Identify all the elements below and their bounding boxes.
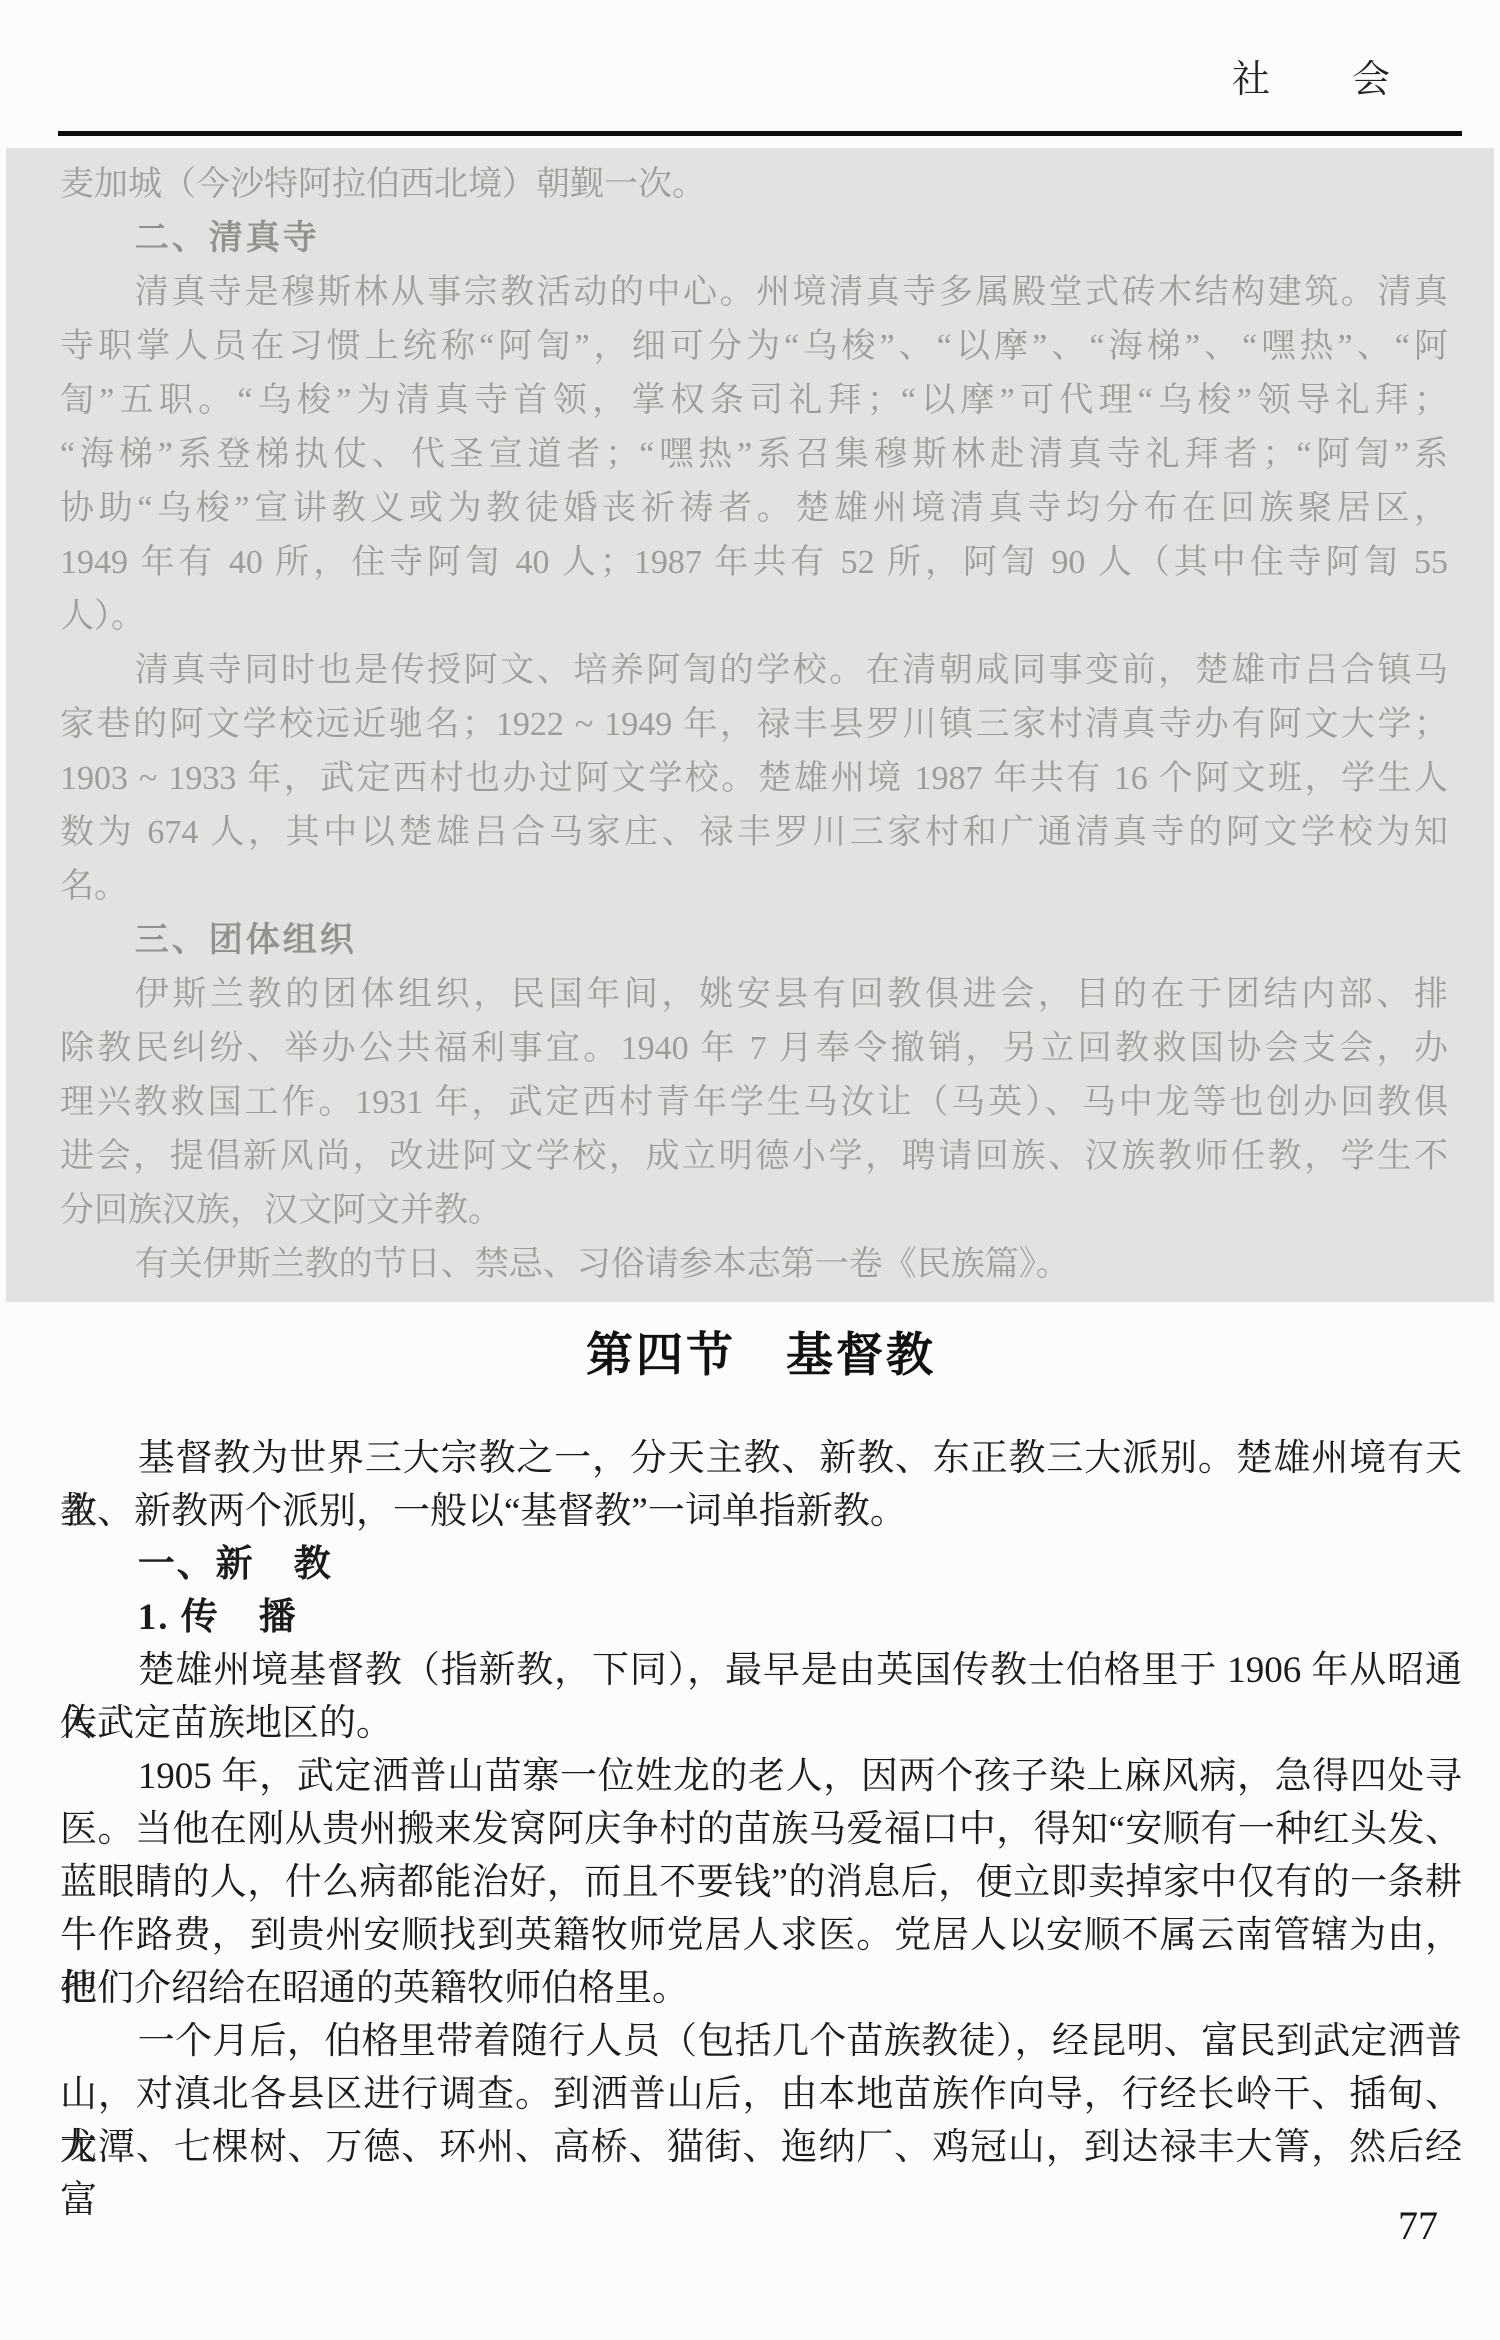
- text-line: 基督教为世界三大宗教之一，分天主教、新教、东正教三大派别。楚雄州境有天主: [60, 1432, 1462, 1485]
- text-line: 入武定苗族地区的。: [60, 1697, 1462, 1750]
- text-line: 三、团体组织: [60, 914, 1448, 968]
- text-line: 清真寺是穆斯林从事宗教活动的中心。州境清真寺多属殿堂式砖木结构建筑。清真: [60, 266, 1448, 320]
- text-line: 清真寺同时也是传授阿文、培养阿訇的学校。在清朝咸同事变前，楚雄市吕合镇马: [60, 644, 1448, 698]
- text-line: 寺职掌人员在习惯上统称“阿訇”，细可分为“乌梭”、“以摩”、“海梯”、“嘿热”、…: [60, 320, 1448, 374]
- text-line: 除教民纠纷、举办公共福利事宜。1940 年 7 月奉令撤销，另立回教救国协会支会…: [60, 1022, 1448, 1076]
- text-line: 1905 年，武定洒普山苗寨一位姓龙的老人，因两个孩子染上麻风病，急得四处寻: [60, 1750, 1462, 1803]
- text-line: 教、新教两个派别，一般以“基督教”一词单指新教。: [60, 1485, 1462, 1538]
- scanned-book-page: 社 会 麦加城（今沙特阿拉伯西北境）朝觐一次。二、清真寺清真寺是穆斯林从事宗教活…: [0, 0, 1500, 2340]
- text-line: 山，对滇北各县区进行调查。到洒普山后，由本地苗族作向导，行经长岭干、插甸、大: [60, 2068, 1462, 2121]
- text-line: 二、清真寺: [60, 212, 1448, 266]
- page-number: 77: [1398, 2202, 1438, 2249]
- text-line: 理兴教救国工作。1931 年，武定西村青年学生马汝让（马英）、马中龙等也创办回教…: [60, 1076, 1448, 1130]
- text-line: 1949 年有 40 所，住寺阿訇 40 人；1987 年共有 52 所，阿訇 …: [60, 536, 1448, 590]
- text-line: 有关伊斯兰教的节日、禁忌、习俗请参本志第一卷《民族篇》。: [60, 1238, 1448, 1292]
- section-title: 第四节 基督教: [60, 1318, 1462, 1385]
- text-line: 1. 传 播: [60, 1591, 1462, 1644]
- text-line: 家巷的阿文学校远近驰名；1922 ~ 1949 年，禄丰县罗川镇三家村清真寺办有…: [60, 698, 1448, 752]
- text-line: 协助“乌梭”宣讲教义或为教徒婚丧祈祷者。楚雄州境清真寺均分布在回族聚居区，: [60, 482, 1448, 536]
- text-line: 楚雄州境基督教（指新教，下同），最早是由英国传教士伯格里于 1906 年从昭通传: [60, 1644, 1462, 1697]
- text-line: 蓝眼睛的人，什么病都能治好，而且不要钱”的消息后，便立即卖掉家中仅有的一条耕: [60, 1856, 1462, 1909]
- text-line: 一、新 教: [60, 1538, 1462, 1591]
- text-line: 麦加城（今沙特阿拉伯西北境）朝觐一次。: [60, 158, 1448, 212]
- running-head: 社 会: [1232, 48, 1392, 103]
- text-line: 进会，提倡新风尚，改进阿文学校，成立明德小学，聘请回族、汉族教师任教，学生不: [60, 1130, 1448, 1184]
- header-rule: [58, 131, 1462, 136]
- text-line: 一个月后，伯格里带着随行人员（包括几个苗族教徒），经昆明、富民到武定洒普: [60, 2015, 1462, 2068]
- text-line: 医。当他在刚从贵州搬来发窝阿庆争村的苗族马爱福口中，得知“安顺有一种红头发、: [60, 1803, 1462, 1856]
- text-line: 他们介绍给在昭通的英籍牧师伯格里。: [60, 1962, 1462, 2015]
- islam-section-scan-block: 麦加城（今沙特阿拉伯西北境）朝觐一次。二、清真寺清真寺是穆斯林从事宗教活动的中心…: [6, 148, 1494, 1302]
- text-line: 訇”五职。“乌梭”为清真寺首领，掌权条司礼拜；“以摩”可代理“乌梭”领导礼拜；: [60, 374, 1448, 428]
- text-line: 分回族汉族，汉文阿文并教。: [60, 1184, 1448, 1238]
- text-line: 1903 ~ 1933 年，武定西村也办过阿文学校。楚雄州境 1987 年共有 …: [60, 752, 1448, 806]
- text-line: 牛作路费，到贵州安顺找到英籍牧师党居人求医。党居人以安顺不属云南管辖为由，把: [60, 1909, 1462, 1962]
- text-line: 伊斯兰教的团体组织，民国年间，姚安县有回教俱进会，目的在于团结内部、排: [60, 968, 1448, 1022]
- text-line: 名。: [60, 860, 1448, 914]
- text-line: “海梯”系登梯执仗、代圣宣道者；“嘿热”系召集穆斯林赴清真寺礼拜者；“阿訇”系: [60, 428, 1448, 482]
- text-line: 龙潭、七棵树、万德、环州、高桥、猫街、迤纳厂、鸡冠山，到达禄丰大箐，然后经富: [60, 2121, 1462, 2174]
- text-line: 数为 674 人，其中以楚雄吕合马家庄、禄丰罗川三家村和广通清真寺的阿文学校为知: [60, 806, 1448, 860]
- text-line: 人）。: [60, 590, 1448, 644]
- christian-section-body: 基督教为世界三大宗教之一，分天主教、新教、东正教三大派别。楚雄州境有天主教、新教…: [60, 1432, 1462, 2174]
